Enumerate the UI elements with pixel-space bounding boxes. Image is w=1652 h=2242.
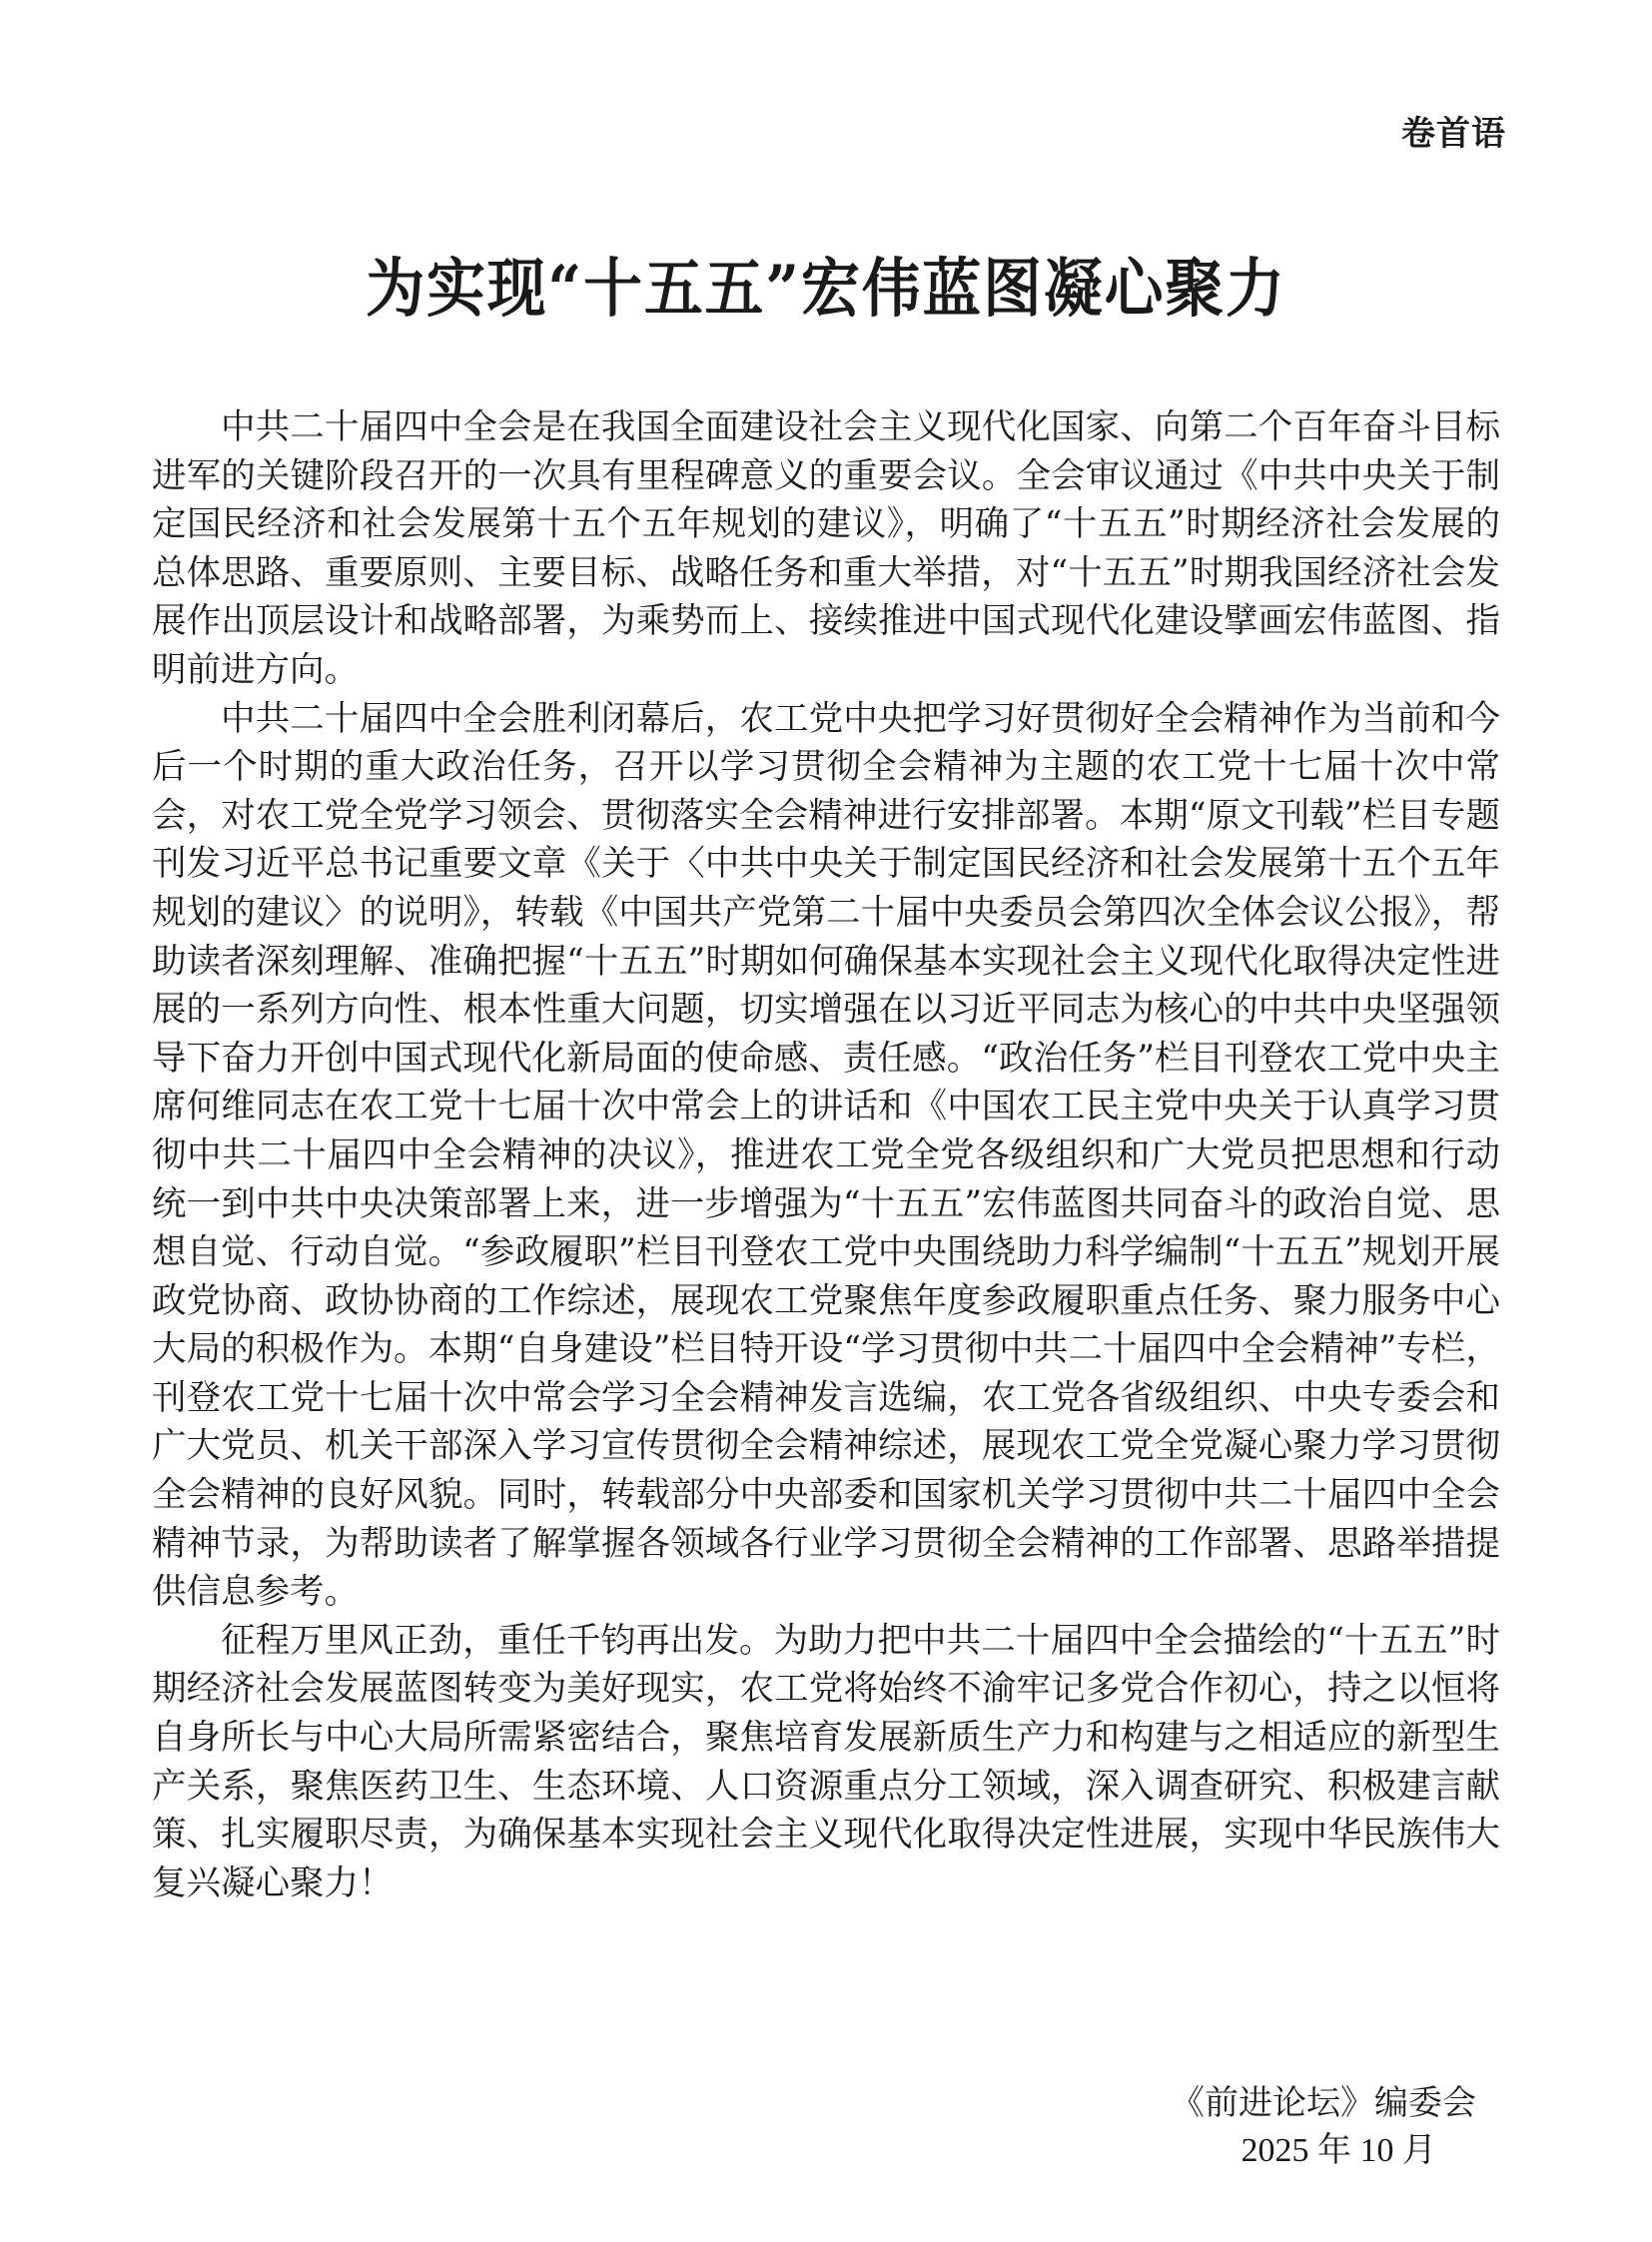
article-body: 中共二十届四中全会是在我国全面建设社会主义现代化国家、向第二个百年奋斗目标进军的… <box>152 403 1500 1907</box>
signature: 《前进论坛》编委会 <box>1019 2079 1476 2127</box>
page-title: 为实现“十五五”宏伟蓝图凝心聚力 <box>66 238 1586 330</box>
section-label: 卷首语 <box>1386 106 1506 155</box>
paragraph: 中共二十届四中全会是在我国全面建设社会主义现代化国家、向第二个百年奋斗目标进军的… <box>152 403 1500 695</box>
paragraph: 中共二十届四中全会胜利闭幕后，农工党中央把学习好贯彻好全会精神作为当前和今后一个… <box>152 695 1500 1617</box>
paragraph: 征程万里风正劲，重任千钧再出发。为助力把中共二十届四中全会描绘的“十五五”时期经… <box>152 1617 1500 1908</box>
date: 2025 年 10 月 <box>1019 2127 1436 2175</box>
